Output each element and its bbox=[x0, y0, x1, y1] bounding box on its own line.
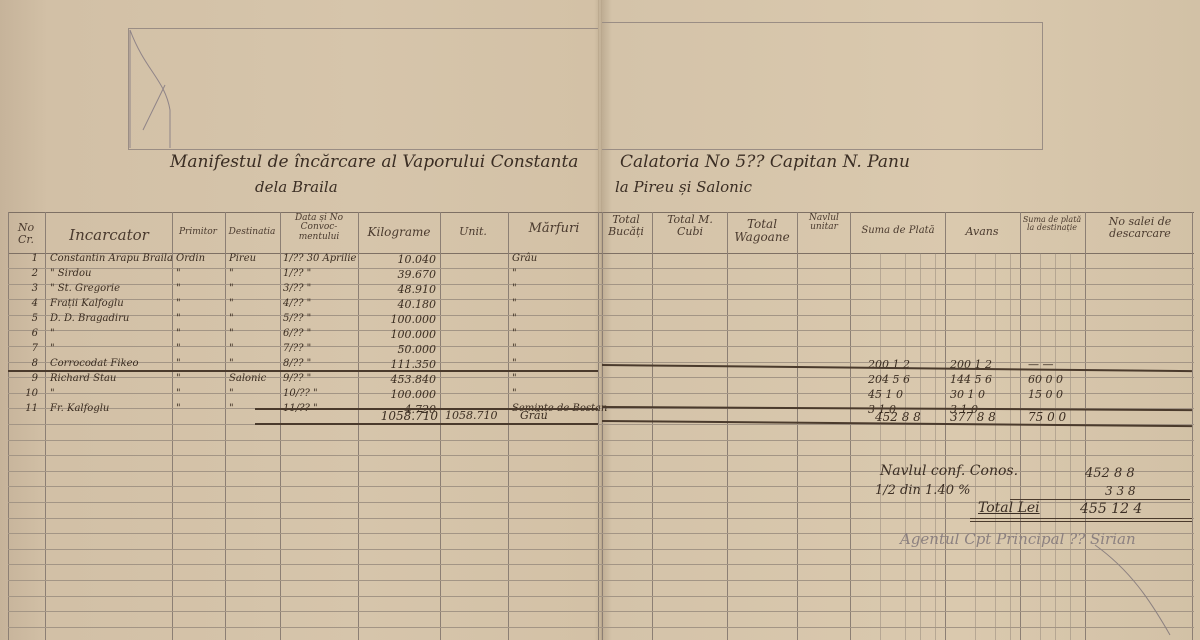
cell-incarcator: " Sirdou bbox=[50, 268, 91, 279]
header-total-bucati: Total Bucăți bbox=[602, 214, 650, 237]
cell-nr: 1 bbox=[12, 253, 38, 264]
cell-incarcator: " St. Gregorie bbox=[50, 283, 120, 294]
header-navlul-unitar: Navlul unitar bbox=[798, 214, 850, 233]
row-rule bbox=[8, 393, 1194, 394]
row-rule bbox=[8, 596, 1194, 597]
row-rule bbox=[8, 268, 1194, 269]
row-rule bbox=[8, 362, 1194, 363]
row-rule bbox=[8, 315, 1194, 316]
header-total-wagoane: Total Wagoane bbox=[729, 218, 795, 243]
row-rule bbox=[8, 299, 1194, 300]
summary-percent-label: 1/2 din 1.40 % bbox=[875, 483, 970, 498]
row-rule bbox=[8, 284, 1194, 285]
row-rule bbox=[8, 486, 1194, 487]
cell-destinatie: Salonic bbox=[229, 373, 266, 384]
cell-kilograme: 50.000 bbox=[360, 343, 436, 356]
cell-destinatie: " bbox=[229, 298, 234, 309]
row-rule bbox=[8, 330, 1194, 331]
column-rule bbox=[1020, 212, 1021, 640]
cell-destinatie: " bbox=[229, 343, 234, 354]
header-unit: Unit. bbox=[440, 226, 506, 238]
cell-avans: 144 5 6 bbox=[950, 373, 992, 386]
pencil-sketch-mark bbox=[125, 30, 175, 150]
column-rule bbox=[358, 212, 359, 640]
cell-destinatie: " bbox=[229, 358, 234, 369]
pencil-stamp-box-left bbox=[128, 28, 599, 150]
table-top-rule bbox=[8, 212, 1194, 213]
column-rule bbox=[225, 212, 226, 640]
cell-nr: 8 bbox=[12, 358, 38, 369]
header-data: Data și No Convoc-mentului bbox=[282, 214, 356, 242]
cell-destinatie: " bbox=[229, 388, 234, 399]
cell-kilograme: 39.670 bbox=[360, 268, 436, 281]
cell-incarcator: " bbox=[50, 388, 55, 399]
cell-destinatie: " bbox=[229, 313, 234, 324]
money-subcolumn-rule bbox=[905, 253, 906, 640]
header-incarcator: Incarcator bbox=[50, 228, 168, 244]
cell-kilograme: 100.000 bbox=[360, 388, 436, 401]
pencil-stamp-box-right bbox=[602, 22, 1043, 150]
header-destinatie: Destinatia bbox=[225, 228, 279, 237]
cell-primitor: " bbox=[176, 283, 181, 294]
cell-incarcator: " bbox=[50, 343, 55, 354]
cell-kilograme: 40.180 bbox=[360, 298, 436, 311]
total-unit: 1058.710 bbox=[445, 409, 498, 422]
column-rule bbox=[1192, 212, 1193, 640]
cell-primitor: " bbox=[176, 268, 181, 279]
cell-suma-de-plata: 45 1 0 bbox=[868, 388, 903, 401]
cell-data: 10/?? " bbox=[283, 388, 318, 399]
cell-marfuri: " bbox=[512, 283, 517, 294]
manifest-title-left: Manifestul de încărcare al Vaporului Con… bbox=[170, 152, 578, 172]
money-subcolumn-rule bbox=[880, 253, 881, 640]
row-rule bbox=[8, 564, 1194, 565]
cell-primitor: Ordin bbox=[176, 253, 205, 264]
cell-nr: 5 bbox=[12, 313, 38, 324]
cell-data: 7/?? " bbox=[283, 343, 311, 354]
summary-total-value: 455 12 4 bbox=[1080, 501, 1142, 517]
manifest-title-right: Calatoria No 5?? Capitan N. Panu bbox=[620, 152, 910, 172]
total-suma-destinatie: 75 0 0 bbox=[1028, 410, 1066, 424]
money-subcolumn-rule bbox=[975, 253, 976, 640]
cell-kilograme: 100.000 bbox=[360, 328, 436, 341]
cell-nr: 10 bbox=[12, 388, 38, 399]
cell-primitor: " bbox=[176, 328, 181, 339]
column-rule bbox=[850, 212, 851, 640]
column-rule bbox=[508, 212, 509, 640]
cell-primitor: " bbox=[176, 373, 181, 384]
money-subcolumn-rule bbox=[995, 253, 996, 640]
cell-marfuri: " bbox=[512, 328, 517, 339]
header-primitor: Primitor bbox=[172, 228, 224, 237]
row-rule bbox=[8, 440, 1194, 441]
ink-rule-after-row8-left bbox=[8, 370, 598, 372]
cell-suma-destinatie: 15 0 0 bbox=[1028, 388, 1063, 401]
cell-primitor: " bbox=[176, 313, 181, 324]
cell-nr: 7 bbox=[12, 343, 38, 354]
header-nr: No Cr. bbox=[10, 222, 42, 245]
cell-marfuri: " bbox=[512, 298, 517, 309]
cell-marfuri: " bbox=[512, 268, 517, 279]
cell-incarcator: Fr. Kalfoglu bbox=[50, 403, 109, 414]
column-rule bbox=[598, 212, 599, 640]
column-rule bbox=[727, 212, 728, 640]
column-rule bbox=[8, 212, 9, 640]
row-rule bbox=[8, 549, 1194, 550]
money-subcolumn-rule bbox=[935, 253, 936, 640]
cell-destinatie: Pireu bbox=[229, 253, 256, 264]
manifest-destination: la Pireu și Salonic bbox=[615, 178, 752, 196]
total-suma-plata: 452 8 8 bbox=[875, 410, 921, 424]
row-rule bbox=[8, 627, 1194, 628]
cell-destinatie: " bbox=[229, 268, 234, 279]
cell-kilograme: 100.000 bbox=[360, 313, 436, 326]
cell-destinatie: " bbox=[229, 283, 234, 294]
column-rule bbox=[45, 212, 46, 640]
ink-rule-after-totals-left bbox=[255, 423, 598, 425]
cell-primitor: " bbox=[176, 343, 181, 354]
cell-kilograme: 453.840 bbox=[360, 373, 436, 386]
cell-data: 6/?? " bbox=[283, 328, 311, 339]
column-rule bbox=[797, 212, 798, 640]
cell-incarcator: Richard Stau bbox=[50, 373, 116, 384]
row-rule bbox=[8, 346, 1194, 347]
cell-kilograme: 48.910 bbox=[360, 283, 436, 296]
cell-incarcator: D. D. Bragadiru bbox=[50, 313, 129, 324]
cell-marfuri: " bbox=[512, 343, 517, 354]
cell-primitor: " bbox=[176, 358, 181, 369]
cell-incarcator: Constantin Arapu Braila bbox=[50, 253, 173, 264]
cell-nr: 9 bbox=[12, 373, 38, 384]
money-subcolumn-rule bbox=[1070, 253, 1071, 640]
column-rule bbox=[602, 212, 603, 640]
cell-destinatie: " bbox=[229, 403, 234, 414]
cell-data: 5/?? " bbox=[283, 313, 311, 324]
cell-marfuri: " bbox=[512, 358, 517, 369]
cell-marfuri: " bbox=[512, 373, 517, 384]
cell-suma-destinatie: 60 0 0 bbox=[1028, 373, 1063, 386]
header-nr-salei: No salei de descarcare bbox=[1087, 216, 1193, 239]
money-subcolumn-rule bbox=[1010, 253, 1011, 640]
total-marfuri: Grâu bbox=[520, 409, 548, 422]
cell-nr: 11 bbox=[12, 403, 38, 414]
cell-primitor: " bbox=[176, 388, 181, 399]
summary-navlul-label: Navlul conf. Conos. bbox=[880, 463, 1018, 479]
row-rule bbox=[8, 377, 1194, 378]
summary-double-rule bbox=[970, 518, 1192, 519]
summary-double-rule-2 bbox=[970, 521, 1192, 522]
cell-suma-de-plata: 204 5 6 bbox=[868, 373, 910, 386]
total-kilograme: 1058.710 bbox=[360, 409, 438, 423]
column-rule bbox=[172, 212, 173, 640]
signature-flourish bbox=[1090, 540, 1190, 640]
cell-data: 4/?? " bbox=[283, 298, 311, 309]
manifest-origin: dela Braila bbox=[255, 178, 338, 196]
column-rule bbox=[440, 212, 441, 640]
header-suma-plata: Suma de Plată bbox=[852, 226, 944, 237]
cell-marfuri: Grâu bbox=[512, 253, 537, 264]
cell-incarcator: " bbox=[50, 328, 55, 339]
cell-data: 1/?? " bbox=[283, 268, 311, 279]
row-rule bbox=[8, 580, 1194, 581]
total-avans: 377 8 8 bbox=[950, 410, 996, 424]
column-rule bbox=[652, 212, 653, 640]
summary-percent-value: 3 3 8 bbox=[1105, 484, 1136, 498]
cell-data: 3/?? " bbox=[283, 283, 311, 294]
column-rule bbox=[945, 212, 946, 640]
header-total-cubi: Total M. Cubi bbox=[654, 214, 726, 237]
header-kilograme: Kilograme bbox=[360, 226, 438, 239]
cell-data: 8/?? " bbox=[283, 358, 311, 369]
cell-marfuri: " bbox=[512, 313, 517, 324]
money-subcolumn-rule bbox=[1055, 253, 1056, 640]
header-suma-destinatie: Suma de plată la destinație bbox=[1020, 216, 1084, 233]
header-marfuri: Mărfuri bbox=[510, 222, 598, 236]
cell-kilograme: 10.040 bbox=[360, 253, 436, 266]
row-rule bbox=[8, 611, 1194, 612]
summary-navlul-value: 452 8 8 bbox=[1085, 466, 1135, 481]
summary-total-label: Total Lei bbox=[978, 500, 1040, 516]
cell-data: 9/?? " bbox=[283, 373, 311, 384]
column-rule bbox=[280, 212, 281, 640]
cell-incarcator: Corrocodat Fikeo bbox=[50, 358, 139, 369]
cell-data: 1/?? 30 Aprilie bbox=[283, 253, 356, 264]
cell-nr: 3 bbox=[12, 283, 38, 294]
cell-destinatie: " bbox=[229, 328, 234, 339]
cell-nr: 2 bbox=[12, 268, 38, 279]
cell-primitor: " bbox=[176, 403, 181, 414]
cell-incarcator: Frații Kalfoglu bbox=[50, 298, 124, 309]
row-rule bbox=[8, 455, 1194, 456]
money-subcolumn-rule bbox=[920, 253, 921, 640]
cell-marfuri: " bbox=[512, 388, 517, 399]
money-subcolumn-rule bbox=[1040, 253, 1041, 640]
header-avans: Avans bbox=[946, 226, 1018, 238]
cell-avans: 30 1 0 bbox=[950, 388, 985, 401]
cell-nr: 6 bbox=[12, 328, 38, 339]
cell-nr: 4 bbox=[12, 298, 38, 309]
cell-primitor: " bbox=[176, 298, 181, 309]
